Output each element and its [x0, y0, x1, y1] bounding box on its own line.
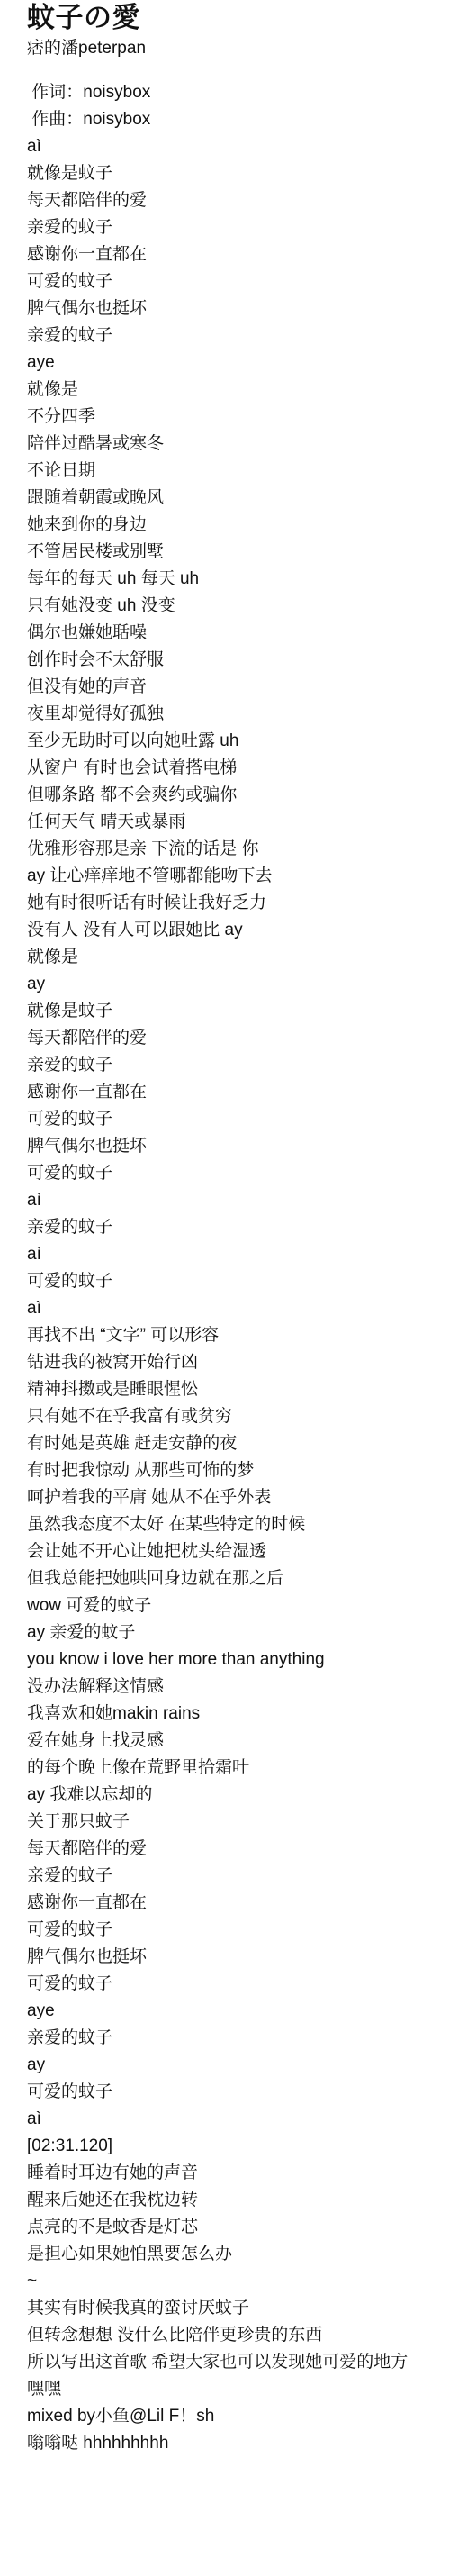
lyric-line: 再找不出 “文字” 可以形容 — [27, 1322, 441, 1349]
lyric-line: ay — [27, 971, 441, 998]
lyric-line: 点亮的不是蚊香是灯芯 — [27, 2214, 441, 2241]
lyric-line: 就像是 — [27, 944, 441, 971]
lyric-line: 但转念想想 没什么比陪伴更珍贵的东西 — [27, 2322, 441, 2349]
lyric-line: 至少无助时可以向她吐露 uh — [27, 728, 441, 755]
lyric-line: 脾气偶尔也挺坏 — [27, 1944, 441, 1971]
lyric-line: 亲爱的蚊子 — [27, 2025, 441, 2052]
lyric-line: 亲爱的蚊子 — [27, 322, 441, 349]
lyric-line: ay 我难以忘却的 — [27, 1782, 441, 1809]
lyric-line: 醒来后她还在我枕边转 — [27, 2187, 441, 2214]
lyric-line: ~ — [27, 2268, 441, 2295]
lyric-line: 亲爱的蚊子 — [27, 214, 441, 241]
lyric-line: 每年的每天 uh 每天 uh — [27, 566, 441, 593]
lyric-line: 精神抖擞或是睡眼惺忪 — [27, 1376, 441, 1403]
lyric-line: 亲爱的蚊子 — [27, 1863, 441, 1890]
lyric-line: ay 亲爱的蚊子 — [27, 1619, 441, 1646]
lyric-line: 爱在她身上找灵感 — [27, 1728, 441, 1755]
lyric-line: aye — [27, 349, 441, 376]
lyric-line: 不管居民楼或别墅 — [27, 539, 441, 566]
lyric-line: 没办法解释这情感 — [27, 1673, 441, 1701]
lyric-line: aì — [27, 1187, 441, 1214]
lyric-line: 有时她是英雄 赶走安静的夜 — [27, 1430, 441, 1457]
lyric-line: 每天都陪伴的爱 — [27, 1836, 441, 1863]
lyric-line: 就像是 — [27, 376, 441, 404]
lyric-line: 只有她没变 uh 没变 — [27, 593, 441, 620]
lyric-line: 从窗户 有时也会试着搭电梯 — [27, 755, 441, 782]
lyric-line: 偶尔也嫌她聒噪 — [27, 620, 441, 647]
lyric-line: 不论日期 — [27, 458, 441, 485]
lyric-line: mixed by小鱼@Lil F！sh — [27, 2403, 441, 2430]
lyric-line: 但我总能把她哄回身边就在那之后 — [27, 1565, 441, 1592]
lyric-line: 脾气偶尔也挺坏 — [27, 295, 441, 322]
lyric-line: 每天都陪伴的爱 — [27, 187, 441, 214]
lyric-line: aye — [27, 1998, 441, 2025]
lyrics-body: 作词：noisybox 作曲：noisyboxaì就像是蚊子每天都陪伴的爱亲爱的… — [27, 79, 441, 2457]
lyric-line: 感谢你一直都在 — [27, 241, 441, 268]
lyric-line: 所以写出这首歌 希望大家也可以发现她可爱的地方 — [27, 2349, 441, 2376]
lyric-line: 可爱的蚊子 — [27, 1971, 441, 1998]
lyric-line: ay — [27, 2052, 441, 2079]
lyric-line: 可爱的蚊子 — [27, 268, 441, 295]
lyric-line: 感谢你一直都在 — [27, 1890, 441, 1917]
lyric-line: you know i love her more than anything — [27, 1646, 441, 1673]
lyric-line: 钻进我的被窝开始行凶 — [27, 1349, 441, 1376]
lyric-line: 嗡嗡哒 hhhhhhhhh — [27, 2430, 441, 2457]
page-title: 蚊子の愛 — [27, 2, 441, 34]
credit-line: 作曲：noisybox — [27, 106, 441, 133]
lyric-line: 关于那只蚊子 — [27, 1809, 441, 1836]
lyric-line: aì — [27, 2106, 441, 2133]
lyric-line: 脾气偶尔也挺坏 — [27, 1133, 441, 1160]
lyric-line: 不分四季 — [27, 404, 441, 431]
lyric-line: 感谢你一直都在 — [27, 1079, 441, 1106]
lyric-line: 亲爱的蚊子 — [27, 1214, 441, 1241]
lyric-line: 其实有时候我真的蛮讨厌蚊子 — [27, 2295, 441, 2322]
lyric-line: 但没有她的声音 — [27, 674, 441, 701]
lyric-line: wow 可爱的蚊子 — [27, 1592, 441, 1619]
lyric-line: aì — [27, 1241, 441, 1268]
lyric-line: 是担心如果她怕黑要怎么办 — [27, 2241, 441, 2268]
lyric-line: 夜里却觉得好孤独 — [27, 701, 441, 728]
lyric-line: 优雅形容那是亲 下流的话是 你 — [27, 836, 441, 863]
lyric-line: 可爱的蚊子 — [27, 1268, 441, 1295]
lyric-line: 只有她不在乎我富有或贫穷 — [27, 1403, 441, 1430]
lyrics-page: 蚊子の愛 痞的潘peterpan 作词：noisybox 作曲：noisybox… — [0, 0, 450, 2457]
lyric-line: 就像是蚊子 — [27, 160, 441, 187]
lyric-line: ay 让心痒痒地不管哪都能吻下去 — [27, 863, 441, 890]
lyric-line: 她来到你的身边 — [27, 512, 441, 539]
lyric-line: aì — [27, 1295, 441, 1322]
lyric-line: 每天都陪伴的爱 — [27, 1025, 441, 1052]
lyric-line: 呵护着我的平庸 她从不在乎外表 — [27, 1484, 441, 1511]
lyric-line: 的每个晚上像在荒野里拾霜叶 — [27, 1755, 441, 1782]
artist-name: 痞的潘peterpan — [27, 35, 441, 62]
lyric-line: 但哪条路 都不会爽约或骗你 — [27, 782, 441, 809]
credit-line: 作词：noisybox — [27, 79, 441, 106]
lyric-line: 有时把我惊动 从那些可怖的梦 — [27, 1457, 441, 1484]
lyric-line: 睡着时耳边有她的声音 — [27, 2160, 441, 2187]
lyric-line: aì — [27, 133, 441, 160]
lyric-line: 任何天气 晴天或暴雨 — [27, 809, 441, 836]
lyric-line: 没有人 没有人可以跟她比 ay — [27, 917, 441, 944]
lyric-line: 陪伴过酷暑或寒冬 — [27, 431, 441, 458]
lyric-line: 跟随着朝霞或晚风 — [27, 485, 441, 512]
timestamp-line: [02:31.120] — [27, 2133, 441, 2160]
lyric-line: 可爱的蚊子 — [27, 2079, 441, 2106]
lyric-line: 亲爱的蚊子 — [27, 1052, 441, 1079]
lyric-line: 可爱的蚊子 — [27, 1917, 441, 1944]
lyric-line: 创作时会不太舒服 — [27, 647, 441, 674]
lyric-line: 可爱的蚊子 — [27, 1160, 441, 1187]
lyric-line: 嘿嘿 — [27, 2376, 441, 2403]
lyric-line: 就像是蚊子 — [27, 998, 441, 1025]
lyric-line: 可爱的蚊子 — [27, 1106, 441, 1133]
lyric-line: 我喜欢和她makin rains — [27, 1701, 441, 1728]
lyric-line: 会让她不开心让她把枕头给湿透 — [27, 1538, 441, 1565]
lyric-line: 虽然我态度不太好 在某些特定的时候 — [27, 1511, 441, 1538]
lyric-line: 她有时很听话有时候让我好乏力 — [27, 890, 441, 917]
